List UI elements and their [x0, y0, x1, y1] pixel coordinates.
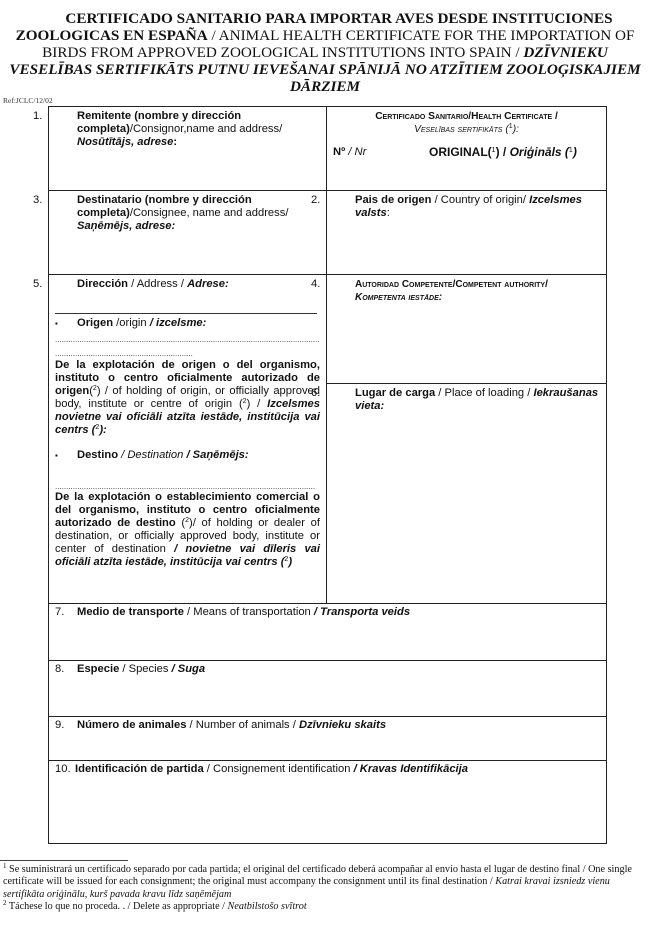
field-4-competent-authority[interactable]: 4.Autoridad Competente/Competent authori… — [326, 274, 607, 384]
field-label-en: / Address / — [128, 278, 187, 290]
field-label-en: / Consignement identification — [204, 763, 354, 775]
field-label-lv: / Transporta veids — [314, 606, 410, 618]
title-line-5: DĀRZIEM — [0, 78, 650, 95]
destination-dotted-line[interactable]: ........................................… — [55, 482, 317, 491]
field-label-en: /Consignor,name and address/ — [130, 123, 282, 135]
title-line-2-bold: ZOOLOGICAS EN ESPAÑA — [16, 27, 208, 44]
cert-heading: Certificado Sanitario/Health Certificate… — [333, 110, 600, 136]
title-line-3-italic: DZĪVNIEKU — [523, 44, 607, 61]
reference-code: Ref:JCLC/12/02 — [3, 96, 53, 105]
nr-label: Nº — [333, 146, 345, 158]
destination-description: De la explotación o establecimiento come… — [55, 491, 320, 569]
title-line-3-plain: BIRDS FROM APPROVED ZOOLOGICAL INSTITUTI… — [42, 44, 523, 61]
field-label-es: Lugar de carga — [355, 387, 435, 399]
destination-label: ▪Destino / Destination / Saņēmējs: — [55, 449, 320, 462]
original-end: ) — [573, 145, 577, 159]
field-number: 8. — [55, 663, 77, 676]
field-9-number-of-animals[interactable]: 9.Número de animales / Number of animals… — [48, 716, 607, 761]
original-label-lv: Oriģināls ( — [510, 145, 569, 159]
title-line-5-italic: DĀRZIEM — [290, 78, 360, 95]
title-line-2-rest: / ANIMAL HEALTH CERTIFICATE FOR THE IMPO… — [208, 27, 635, 44]
origin-label: ▪Origen /origin / izcelsme: — [55, 317, 320, 330]
field-label-lv: / Kravas Identifikācija — [354, 763, 468, 775]
bullet-icon: ▪ — [55, 317, 77, 330]
origin-desc-sep: ) / — [247, 398, 268, 410]
title-line-3: BIRDS FROM APPROVED ZOOLOGICAL INSTITUTI… — [0, 44, 650, 61]
title-line-2: ZOOLOGICAS EN ESPAÑA / ANIMAL HEALTH CER… — [0, 27, 650, 44]
dest-desc-end: ) — [288, 556, 292, 568]
field-number: 4. — [333, 278, 355, 291]
origin-desc-end: ): — [99, 424, 106, 436]
field-label-es: Número de animales — [77, 719, 186, 731]
title-line-4: VESELĪBAS SERTIFIKĀTS PUTNU IEVEŠANAI SP… — [0, 61, 650, 78]
field-label: Autoridad Competente/Competent authority… — [355, 279, 548, 290]
footnote-divider — [0, 860, 128, 861]
dest-label-es: Destino — [77, 449, 118, 461]
field-number: 1. — [55, 110, 77, 123]
field-label-lv: Dzīvnieku skaits — [299, 719, 386, 731]
field-label-es: Pais de origen — [355, 194, 431, 206]
field-label-lv: / Suga — [172, 663, 206, 675]
field-label-en: / Means of transportation — [184, 606, 314, 618]
footnote-ref: 2 — [185, 517, 189, 524]
field-number: 6. — [333, 387, 355, 400]
field-7-means-of-transport[interactable]: 7.Medio de transporte / Means of transpo… — [48, 603, 607, 661]
field-label-en: / Species — [119, 663, 171, 675]
origin-label-en: /origin — [113, 317, 150, 329]
field-label-es: Dirección — [77, 278, 128, 290]
field-label-lv: Saņēmējs, adrese: — [77, 220, 175, 232]
cert-heading-line1: Certificado Sanitario/Health Certificate… — [375, 111, 558, 122]
origin-label-es: Origen — [77, 317, 113, 329]
footnote-2-lv: Neatbilstošo svītrot — [228, 901, 307, 912]
title-line-4-italic: VESELĪBAS SERTIFIKĀTS PUTNU IEVEŠANAI SP… — [9, 61, 640, 78]
footnote-1: 1 Se suministrará un certificado separad… — [3, 864, 643, 901]
colon: : — [387, 207, 390, 219]
field-number: 9. — [55, 719, 77, 732]
field-label-en: / Number of animals / — [186, 719, 299, 731]
footnote-2: 2 Táchese lo que no proceda. . / Delete … — [3, 901, 643, 913]
field-number: 7. — [55, 606, 77, 619]
field-label-lv: Kompetenta iestāde: — [355, 292, 442, 303]
field-label-en: /Consignee, name and address/ — [130, 207, 289, 219]
field-label-lv: Nosūtītājs, adrese — [77, 136, 173, 148]
address-line — [55, 313, 317, 314]
certificate-number-box[interactable]: Certificado Sanitario/Health Certificate… — [326, 106, 607, 191]
origin-dotted-line-1[interactable]: ........................................… — [55, 335, 320, 344]
dest-label-lv: / Saņēmējs: — [186, 449, 248, 461]
colon: : — [173, 136, 177, 148]
field-number: 5. — [55, 278, 77, 291]
field-2-country-of-origin[interactable]: 2.Pais de origen / Country of origin/ Iz… — [326, 190, 607, 275]
nr-label-lv: / Nr — [345, 146, 366, 158]
footnotes: 1 Se suministrará un certificado separad… — [3, 864, 643, 914]
origin-dotted-line-2[interactable]: ........................................… — [55, 349, 320, 358]
field-3-consignee[interactable]: 3.Destinatario (nombre y dirección compl… — [48, 190, 327, 275]
document-title: CERTIFICADO SANITARIO PARA IMPORTAR AVES… — [0, 10, 650, 95]
field-10-consignment-identification[interactable]: 10.Identificación de partida / Consignem… — [48, 760, 607, 844]
cert-heading-end: ): — [513, 124, 519, 135]
original-sep: ) / — [496, 145, 510, 159]
field-number: 3. — [55, 194, 77, 207]
field-8-species[interactable]: 8.Especie / Species / Suga — [48, 660, 607, 717]
field-number: 2. — [333, 194, 355, 207]
original-label: ORIGINAL( — [429, 145, 492, 159]
title-line-1: CERTIFICADO SANITARIO PARA IMPORTAR AVES… — [0, 10, 650, 27]
field-number: 10. — [55, 763, 75, 776]
field-label-en: / Place of loading / — [435, 387, 533, 399]
field-label-en: / Country of origin/ — [431, 194, 529, 206]
origin-label-lv: / izcelsme: — [150, 317, 207, 329]
field-6-place-of-loading[interactable]: 6.Lugar de carga / Place of loading / Ie… — [326, 383, 607, 604]
field-label-lv: Adrese: — [187, 278, 229, 290]
dest-label-en: / Destination — [118, 449, 186, 461]
bullet-icon: ▪ — [55, 449, 77, 462]
origin-description: De la explotación de origen o del organi… — [55, 359, 320, 437]
field-label-es: Especie — [77, 663, 119, 675]
footnote-2-text: Táchese lo que no proceda. . / Delete as… — [7, 901, 228, 912]
cert-number-row: Nº / Nr ORIGINAL(1) / Oriģināls (1) — [333, 146, 600, 159]
field-label-es: Medio de transporte — [77, 606, 184, 618]
field-label-es: Identificación de partida — [75, 763, 204, 775]
field-1-consignor[interactable]: 1.Remitente (nombre y dirección completa… — [48, 106, 327, 191]
cert-heading-line2: Veselības sertifikāts ( — [414, 124, 509, 135]
field-5-address[interactable]: 5.Dirección / Address / Adrese: ▪Origen … — [48, 274, 327, 604]
